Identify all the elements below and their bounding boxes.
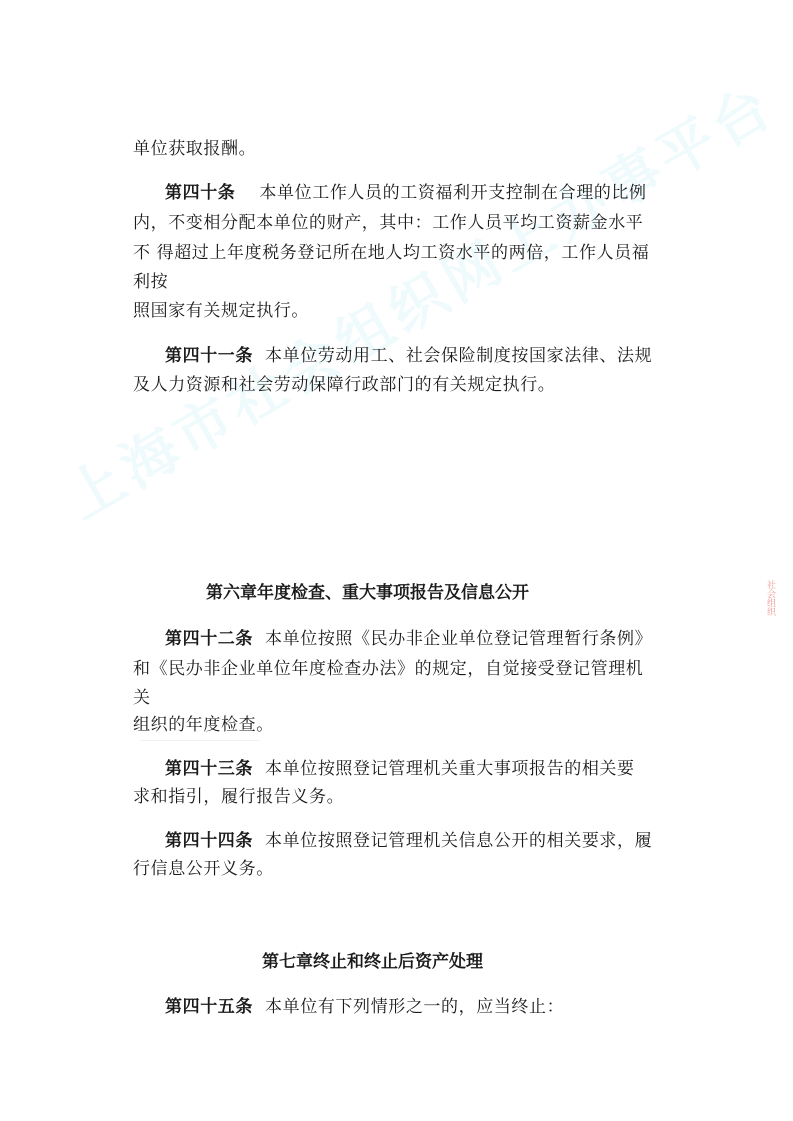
article-42-line-4: 组织的年度检查。 bbox=[133, 714, 274, 736]
article-45-label: 第四十五条 bbox=[165, 997, 253, 1017]
article-41-line-1: 第四十一条 本单位劳动用工、社会保险制度按国家法律、法规 bbox=[165, 345, 652, 367]
article-40-line-1: 第四十条 本单位工作人员的工资福利开支控制在合理的比例 bbox=[165, 182, 647, 204]
article-43-line-2: 求和指引，履行报告义务。 bbox=[133, 786, 344, 808]
article-41-label: 第四十一条 bbox=[165, 346, 253, 366]
article-42-label: 第四十二条 bbox=[165, 629, 253, 649]
article-42-line-1: 第四十二条 本单位按照《民办非企业单位登记管理暂行条例》 bbox=[165, 628, 652, 650]
article-41-text: 本单位劳动用工、社会保险制度按国家法律、法规 bbox=[265, 346, 652, 366]
article-45-text: 本单位有下列情形之一的，应当终止： bbox=[265, 997, 564, 1017]
article-40-line-5: 照国家有关规定执行。 bbox=[133, 300, 309, 322]
chapter-7-heading: 第七章终止和终止后资产处理 bbox=[262, 951, 483, 973]
divider bbox=[140, 740, 260, 741]
paragraph-continuation: 单位获取报酬。 bbox=[133, 138, 256, 160]
article-40-text: 本单位工作人员的工资福利开支控制在合理的比例 bbox=[259, 183, 646, 203]
article-41-line-2: 及人力资源和社会劳动保障行政部门的有关规定执行。 bbox=[133, 374, 555, 396]
article-40-line-2: 内，不变相分配本单位的财产，其中：工作人员平均工资薪金水平 bbox=[133, 212, 643, 234]
document-page: 上海市社会组织网上办事平台 社会组织 单位获取报酬。 第四十条 本单位工作人员的… bbox=[0, 0, 793, 1121]
article-43-label: 第四十三条 bbox=[165, 759, 253, 779]
article-42-text: 本单位按照《民办非企业单位登记管理暂行条例》 bbox=[265, 629, 652, 649]
article-45-line-1: 第四十五条 本单位有下列情形之一的，应当终止： bbox=[165, 996, 564, 1018]
article-43-text: 本单位按照登记管理机关重大事项报告的相关要 bbox=[265, 759, 635, 779]
seal-stamp-fragment: 社会组织 bbox=[763, 580, 777, 700]
article-44-text: 本单位按照登记管理机关信息公开的相关要求，履 bbox=[265, 831, 652, 851]
article-43-line-1: 第四十三条 本单位按照登记管理机关重大事项报告的相关要 bbox=[165, 758, 635, 780]
chapter-6-heading: 第六章年度检查、重大事项报告及信息公开 bbox=[206, 582, 529, 604]
article-44-line-2: 行信息公开义务。 bbox=[133, 858, 274, 880]
article-40-line-4: 利按 bbox=[133, 271, 168, 293]
watermark: 上海市社会组织网上办事平台 bbox=[50, 62, 788, 534]
article-42-line-3: 关 bbox=[133, 687, 151, 709]
article-44-label: 第四十四条 bbox=[165, 831, 253, 851]
article-42-line-2: 和《民办非企业单位年度检查办法》的规定，自觉接受登记管理机 bbox=[133, 658, 643, 680]
article-44-line-1: 第四十四条 本单位按照登记管理机关信息公开的相关要求，履 bbox=[165, 830, 652, 852]
article-40-line-3: 不 得超过上年度税务登记所在地人均工资水平的两倍，工作人员福 bbox=[133, 242, 649, 264]
article-40-label: 第四十条 bbox=[165, 183, 235, 203]
